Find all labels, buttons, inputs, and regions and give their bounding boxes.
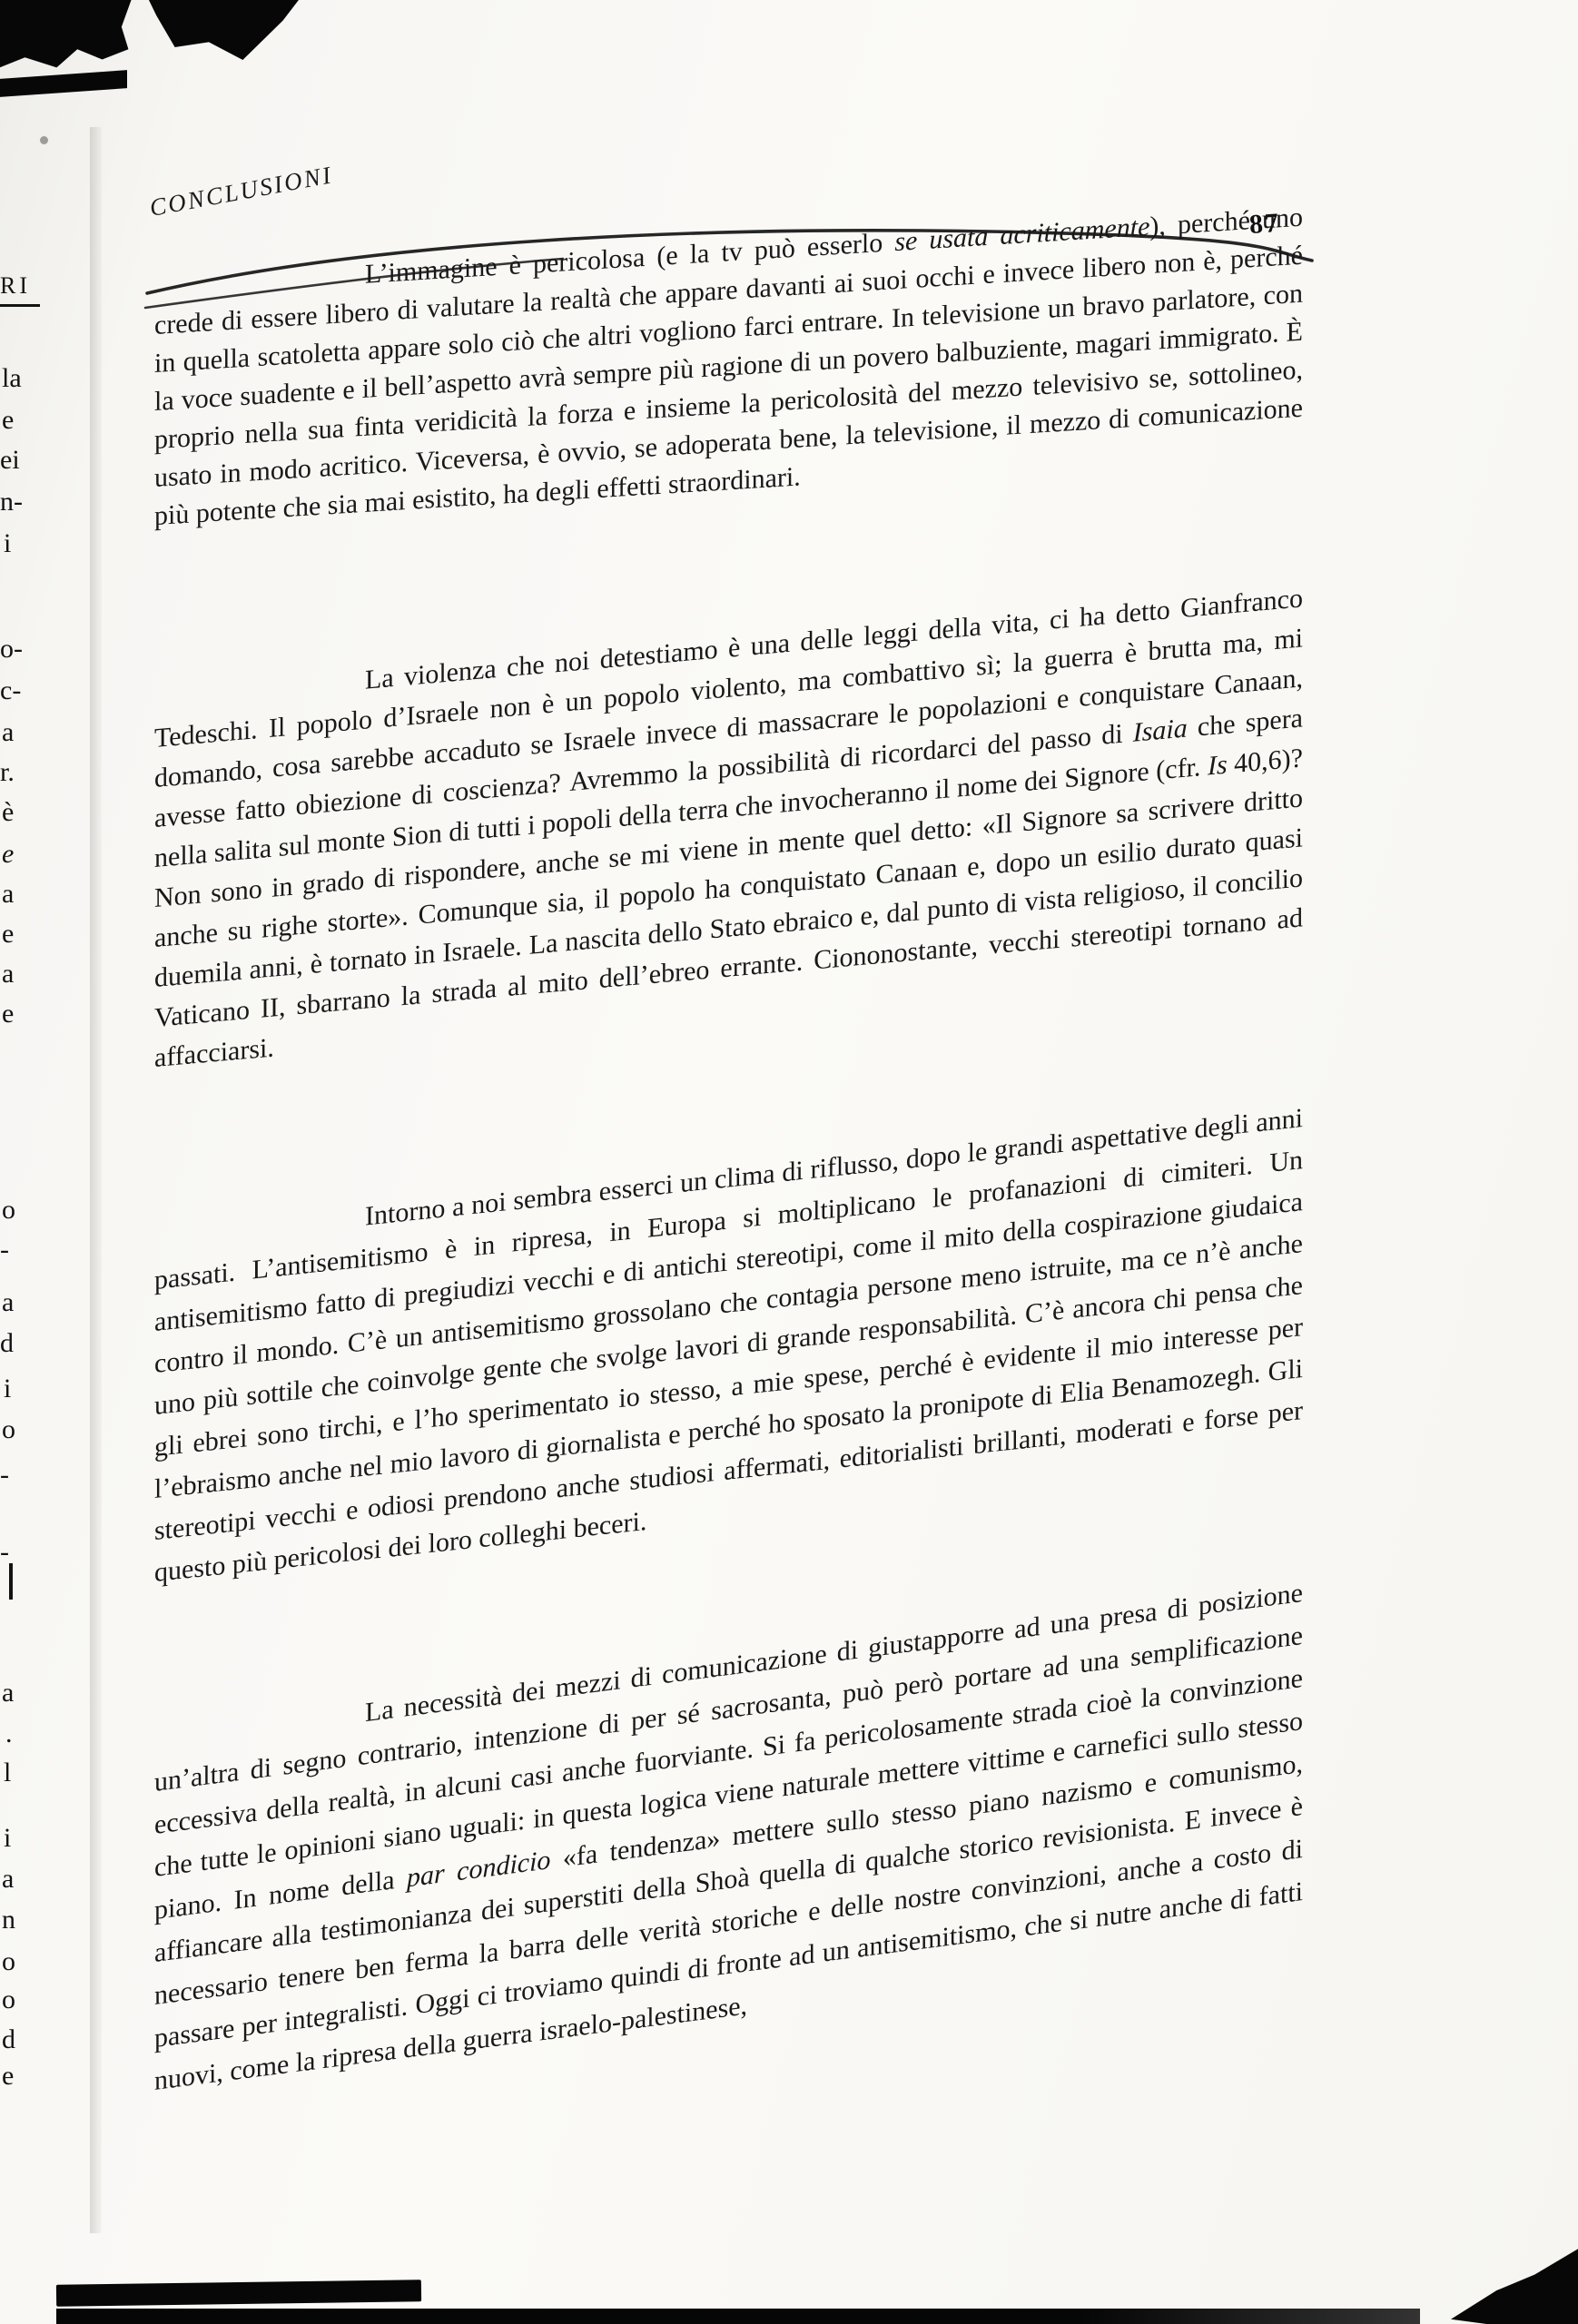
- italic-run: Isaia: [1133, 713, 1188, 747]
- paragraph-2: La violenza che noi detestiamo è una del…: [154, 578, 1303, 1078]
- margin-fragment: la: [2, 365, 22, 392]
- margin-fragment: e: [2, 407, 14, 434]
- margin-fragment: a: [2, 881, 14, 908]
- margin-fragment: e: [2, 2063, 14, 2090]
- margin-fragment: è: [2, 799, 14, 826]
- margin-fragment: d: [2, 2026, 15, 2053]
- margin-fragment: -: [0, 1236, 9, 1264]
- margin-fragment: i: [4, 1825, 11, 1852]
- margin-fragment: i: [4, 530, 11, 557]
- scan-artifact-bottom-bar: [56, 2280, 421, 2307]
- text-run: Intorno a noi sembra esserci un clima di…: [154, 1103, 1303, 1588]
- margin-fragment: o-: [0, 635, 23, 663]
- scan-artifact-top-left-2: [147, 0, 301, 60]
- margin-fragment: o: [2, 1416, 15, 1443]
- margin-fragment: c-: [0, 677, 21, 704]
- italic-run: Is: [1208, 750, 1228, 782]
- margin-fragment: n-: [0, 488, 23, 516]
- italic-run: par condicio: [407, 1845, 550, 1893]
- margin-fragment: r.: [0, 759, 15, 786]
- paragraph-4: La necessità dei mezzi di comunicazione …: [154, 1571, 1303, 2102]
- margin-fragment: .: [5, 1720, 13, 1748]
- margin-fragment: d: [0, 1330, 14, 1357]
- margin-fragment: o: [2, 1948, 15, 1975]
- scan-artifact-corner-curl: [1451, 2244, 1578, 2324]
- page-gutter-shadow: [90, 127, 102, 2233]
- margin-fragment: -: [0, 1539, 9, 1566]
- margin-fragment: ei: [0, 447, 20, 474]
- margin-fragment: e: [2, 841, 14, 868]
- margin-fragment: RI: [0, 274, 40, 307]
- margin-fragments: RIlaeein-io-c-ar.èeaeaeo-adio--a.lianood…: [0, 0, 54, 2324]
- margin-fragment: l: [4, 1759, 11, 1787]
- margin-fragment: e: [2, 921, 14, 948]
- margin-fragment: a: [2, 719, 14, 746]
- margin-fragment: i: [4, 1375, 11, 1403]
- margin-fragment: e: [2, 1000, 14, 1028]
- margin-fragment: -: [0, 1462, 9, 1489]
- margin-fragment: a: [2, 1866, 14, 1893]
- margin-fragment: o: [2, 1196, 15, 1224]
- margin-fragment: o: [2, 1986, 15, 2014]
- margin-fragment: [9, 1563, 13, 1600]
- margin-fragment: a: [2, 1289, 14, 1316]
- margin-fragment: a: [2, 1679, 14, 1707]
- paragraph-3: Intorno a noi sembra esserci un clima di…: [154, 1098, 1303, 1594]
- margin-fragment: n: [2, 1906, 15, 1934]
- scan-artifact-bottom-strip: [56, 2309, 1420, 2324]
- scanned-book-page: RIlaeein-io-c-ar.èeaeaeo-adio--a.lianood…: [0, 0, 1578, 2324]
- margin-fragment: a: [2, 960, 14, 988]
